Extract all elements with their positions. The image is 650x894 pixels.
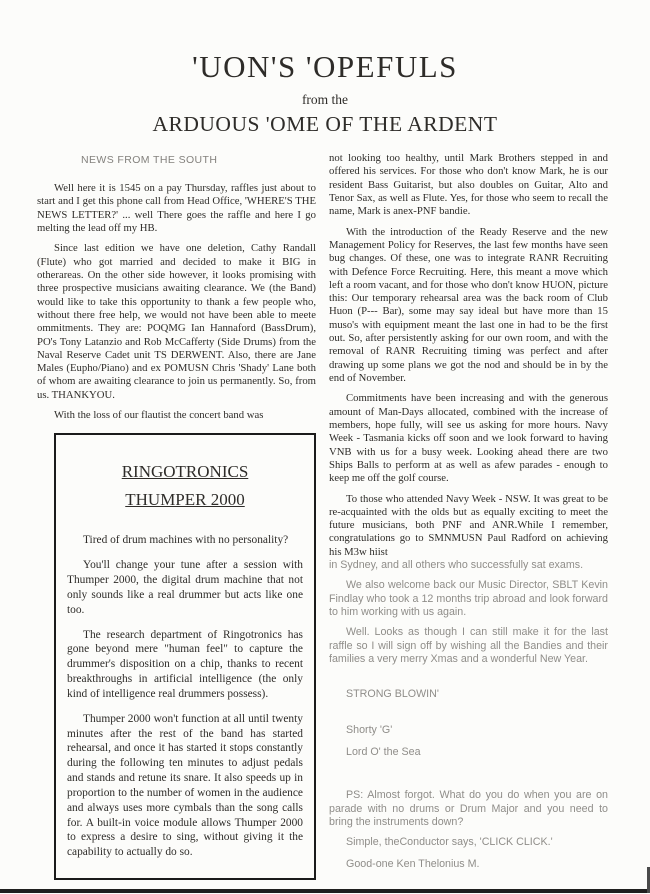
right-paragraph-continuation: in Sydney, and all others who successful… (329, 559, 608, 572)
ad-heading-line2: THUMPER 2000 (121, 490, 248, 509)
ad-heading-line1: RINGOTRONICS (118, 462, 253, 481)
ps-line-click-click: Simple, theConductor says, 'CLICK CLICK.… (329, 836, 608, 849)
right-paragraph: To those who attended Navy Week - NSW. I… (329, 493, 608, 560)
ad-paragraph: You'll change your tune after a session … (67, 558, 303, 617)
right-paragraph: not looking too healthy, until Mark Brot… (329, 152, 608, 219)
ps-paragraph: PS: Almost forgot. What do you do when y… (329, 789, 608, 829)
right-column: not looking too healthy, until Mark Brot… (329, 152, 608, 881)
ad-paragraph: Thumper 2000 won't function at all until… (67, 712, 303, 860)
title-from-line: from the (0, 92, 650, 108)
right-paragraph: Commitments have been increasing and wit… (329, 392, 608, 485)
page-subtitle: ARDUOUS 'OME OF THE ARDENT (0, 112, 650, 137)
newsletter-page: 'UON'S 'OPEFULS from the ARDUOUS 'OME OF… (0, 0, 650, 894)
ad-paragraph: The research department of Ringotronics … (67, 628, 303, 702)
signoff-lord-o-the-sea: Lord O' the Sea (329, 746, 608, 759)
two-column-body: NEWS FROM THE SOUTH Well here it is 1545… (0, 137, 650, 881)
ringotronics-ad-box: RINGOTRONICS THUMPER 2000 Tired of drum … (54, 433, 316, 880)
signoff-strong-blowin: STRONG BLOWIN' (329, 688, 608, 701)
signoff-shorty-g: Shorty 'G' (329, 724, 608, 737)
ps-line-good-one: Good-one Ken Thelonius M. (329, 858, 608, 871)
ad-paragraph: Tired of drum machines with no personali… (67, 533, 303, 548)
page-title: 'UON'S 'OPEFULS (0, 49, 650, 85)
left-paragraph: Well here it is 1545 on a pay Thursday, … (37, 182, 316, 235)
news-section-heading: NEWS FROM THE SOUTH (81, 154, 316, 167)
page-header: 'UON'S 'OPEFULS from the ARDUOUS 'OME OF… (0, 0, 650, 137)
right-paragraph: Well. Looks as though I can still make i… (329, 626, 608, 666)
ad-heading: RINGOTRONICS THUMPER 2000 (67, 458, 303, 514)
right-paragraph: With the introduction of the Ready Reser… (329, 226, 608, 386)
scan-bottom-edge (0, 889, 650, 893)
left-paragraph: Since last edition we have one deletion,… (37, 242, 316, 402)
right-paragraph: We also welcome back our Music Director,… (329, 579, 608, 619)
left-paragraph: With the loss of our flautist the concer… (37, 409, 316, 422)
left-column: NEWS FROM THE SOUTH Well here it is 1545… (37, 152, 316, 881)
